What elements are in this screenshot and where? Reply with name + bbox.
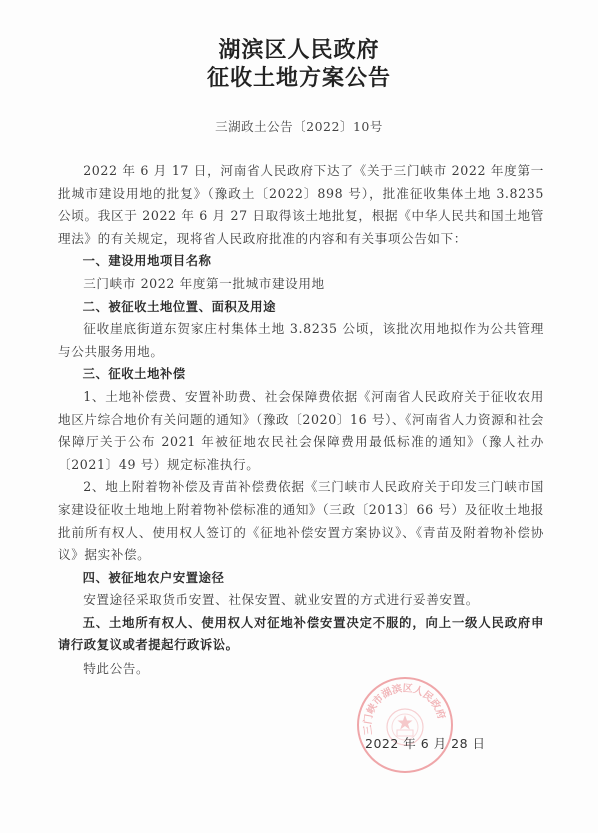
section-1-text: 三门峡市 2022 年度第一批城市建设用地 [58,273,544,296]
section-heading-3: 三、征收土地补偿 [58,363,544,386]
document-title-line2: 征收土地方案公告 [0,61,598,92]
section-heading-4: 四、被征地农户安置途径 [58,567,544,590]
section-3-item-1: 1、土地补偿费、安置补助费、社会保障费依据《河南省人民政府关于征收农用地区片综合… [58,386,544,476]
closing-text: 特此公告。 [58,658,544,681]
section-2-text: 征收崖底街道东贺家庄村集体土地 3.8235 公顷，该批次用地拟作为公共管理与公… [58,318,544,363]
document-number: 三湖政土公告〔2022〕10号 [0,117,598,135]
signature-date: 2022 年 6 月 28 日 [365,734,486,752]
section-5-text: 五、土地所有权人、使用权人对征地补偿安置决定不服的，向上一级人民政府申请行政复议… [58,612,544,657]
section-heading-2: 二、被征收土地位置、面积及用途 [58,296,544,319]
official-seal-stamp: 三门峡市湖滨区人民政府 [357,677,453,773]
section-3-item-2: 2、地上附着物补偿及青苗补偿费依据《三门峡市人民政府关于印发三门峡市国家建设征收… [58,476,544,566]
intro-paragraph: 2022 年 6 月 17 日，河南省人民政府下达了《关于三门峡市 2022 年… [58,160,544,250]
seal-emblem-icon: 三门峡市湖滨区人民政府 [357,677,453,773]
document-title-line1: 湖滨区人民政府 [0,33,598,64]
section-heading-1: 一、建设用地项目名称 [58,250,544,273]
document-body: 2022 年 6 月 17 日，河南省人民政府下达了《关于三门峡市 2022 年… [58,160,544,681]
document-page: 湖滨区人民政府 征收土地方案公告 三湖政土公告〔2022〕10号 2022 年 … [0,0,598,833]
section-4-text: 安置途径采取货币安置、社保安置、就业安置的方式进行妥善安置。 [58,589,544,612]
